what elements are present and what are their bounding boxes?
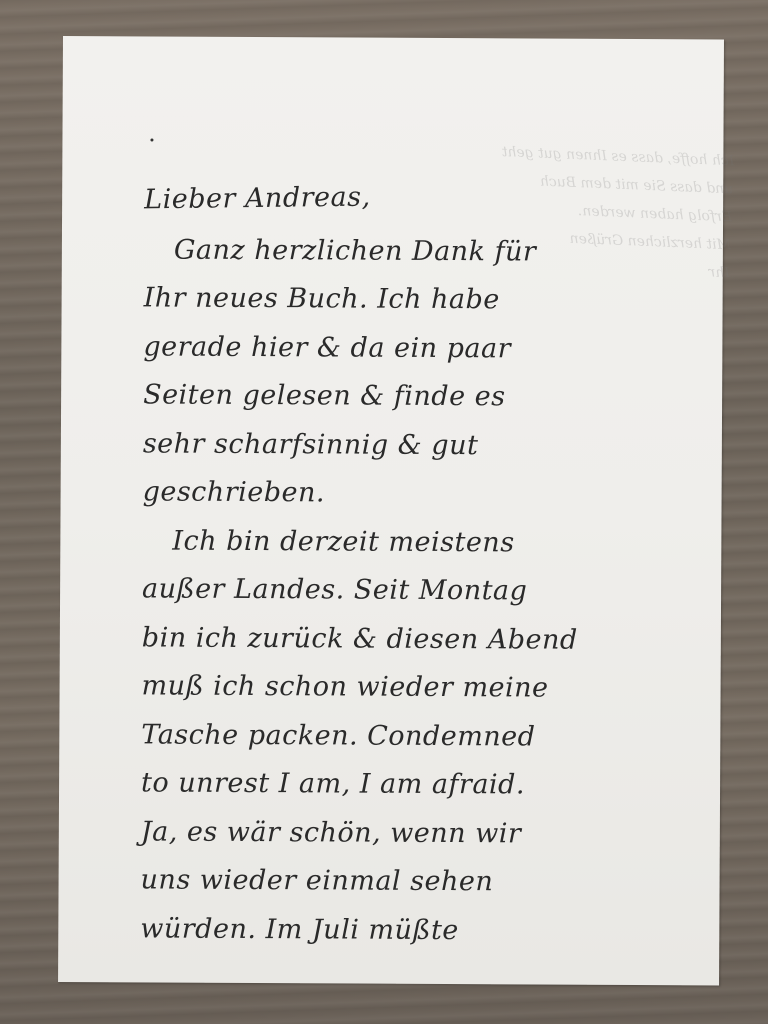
letter-line: uns wieder einmal sehen: [140, 856, 700, 907]
letter-line: sehr scharfsinnig & gut: [143, 420, 703, 471]
salutation: Lieber Andreas,: [144, 169, 705, 224]
letter-body: Lieber Andreas, Ganz herzlichen Dank für…: [140, 171, 704, 956]
letter-line: bin ich zurück & diesen Abend: [142, 614, 702, 665]
letter-line: to unrest I am, I am afraid.: [141, 759, 701, 810]
letter-line: Tasche packen. Condemned: [141, 711, 701, 762]
letter-line: geschrieben.: [142, 468, 702, 519]
ink-dot: [150, 138, 153, 141]
letter-line: Ich bin derzeit meistens: [142, 517, 702, 568]
letter-line: Ganz herzlichen Dank für: [144, 226, 704, 277]
letter-line: würden. Im Juli müßte: [140, 905, 700, 956]
letter-line: muß ich schon wieder meine: [141, 662, 701, 713]
letter-paper: Ich hoffe, dass es Ihnen gut geht und da…: [58, 36, 724, 985]
letter-line: Seiten gelesen & finde es: [143, 371, 703, 422]
letter-line: Ja, es wär schön, wenn wir: [141, 808, 701, 859]
letter-line: gerade hier & da ein paar: [143, 323, 703, 374]
letter-line: Ihr neues Buch. Ich habe: [143, 274, 703, 325]
letter-line: außer Landes. Seit Montag: [142, 565, 702, 616]
